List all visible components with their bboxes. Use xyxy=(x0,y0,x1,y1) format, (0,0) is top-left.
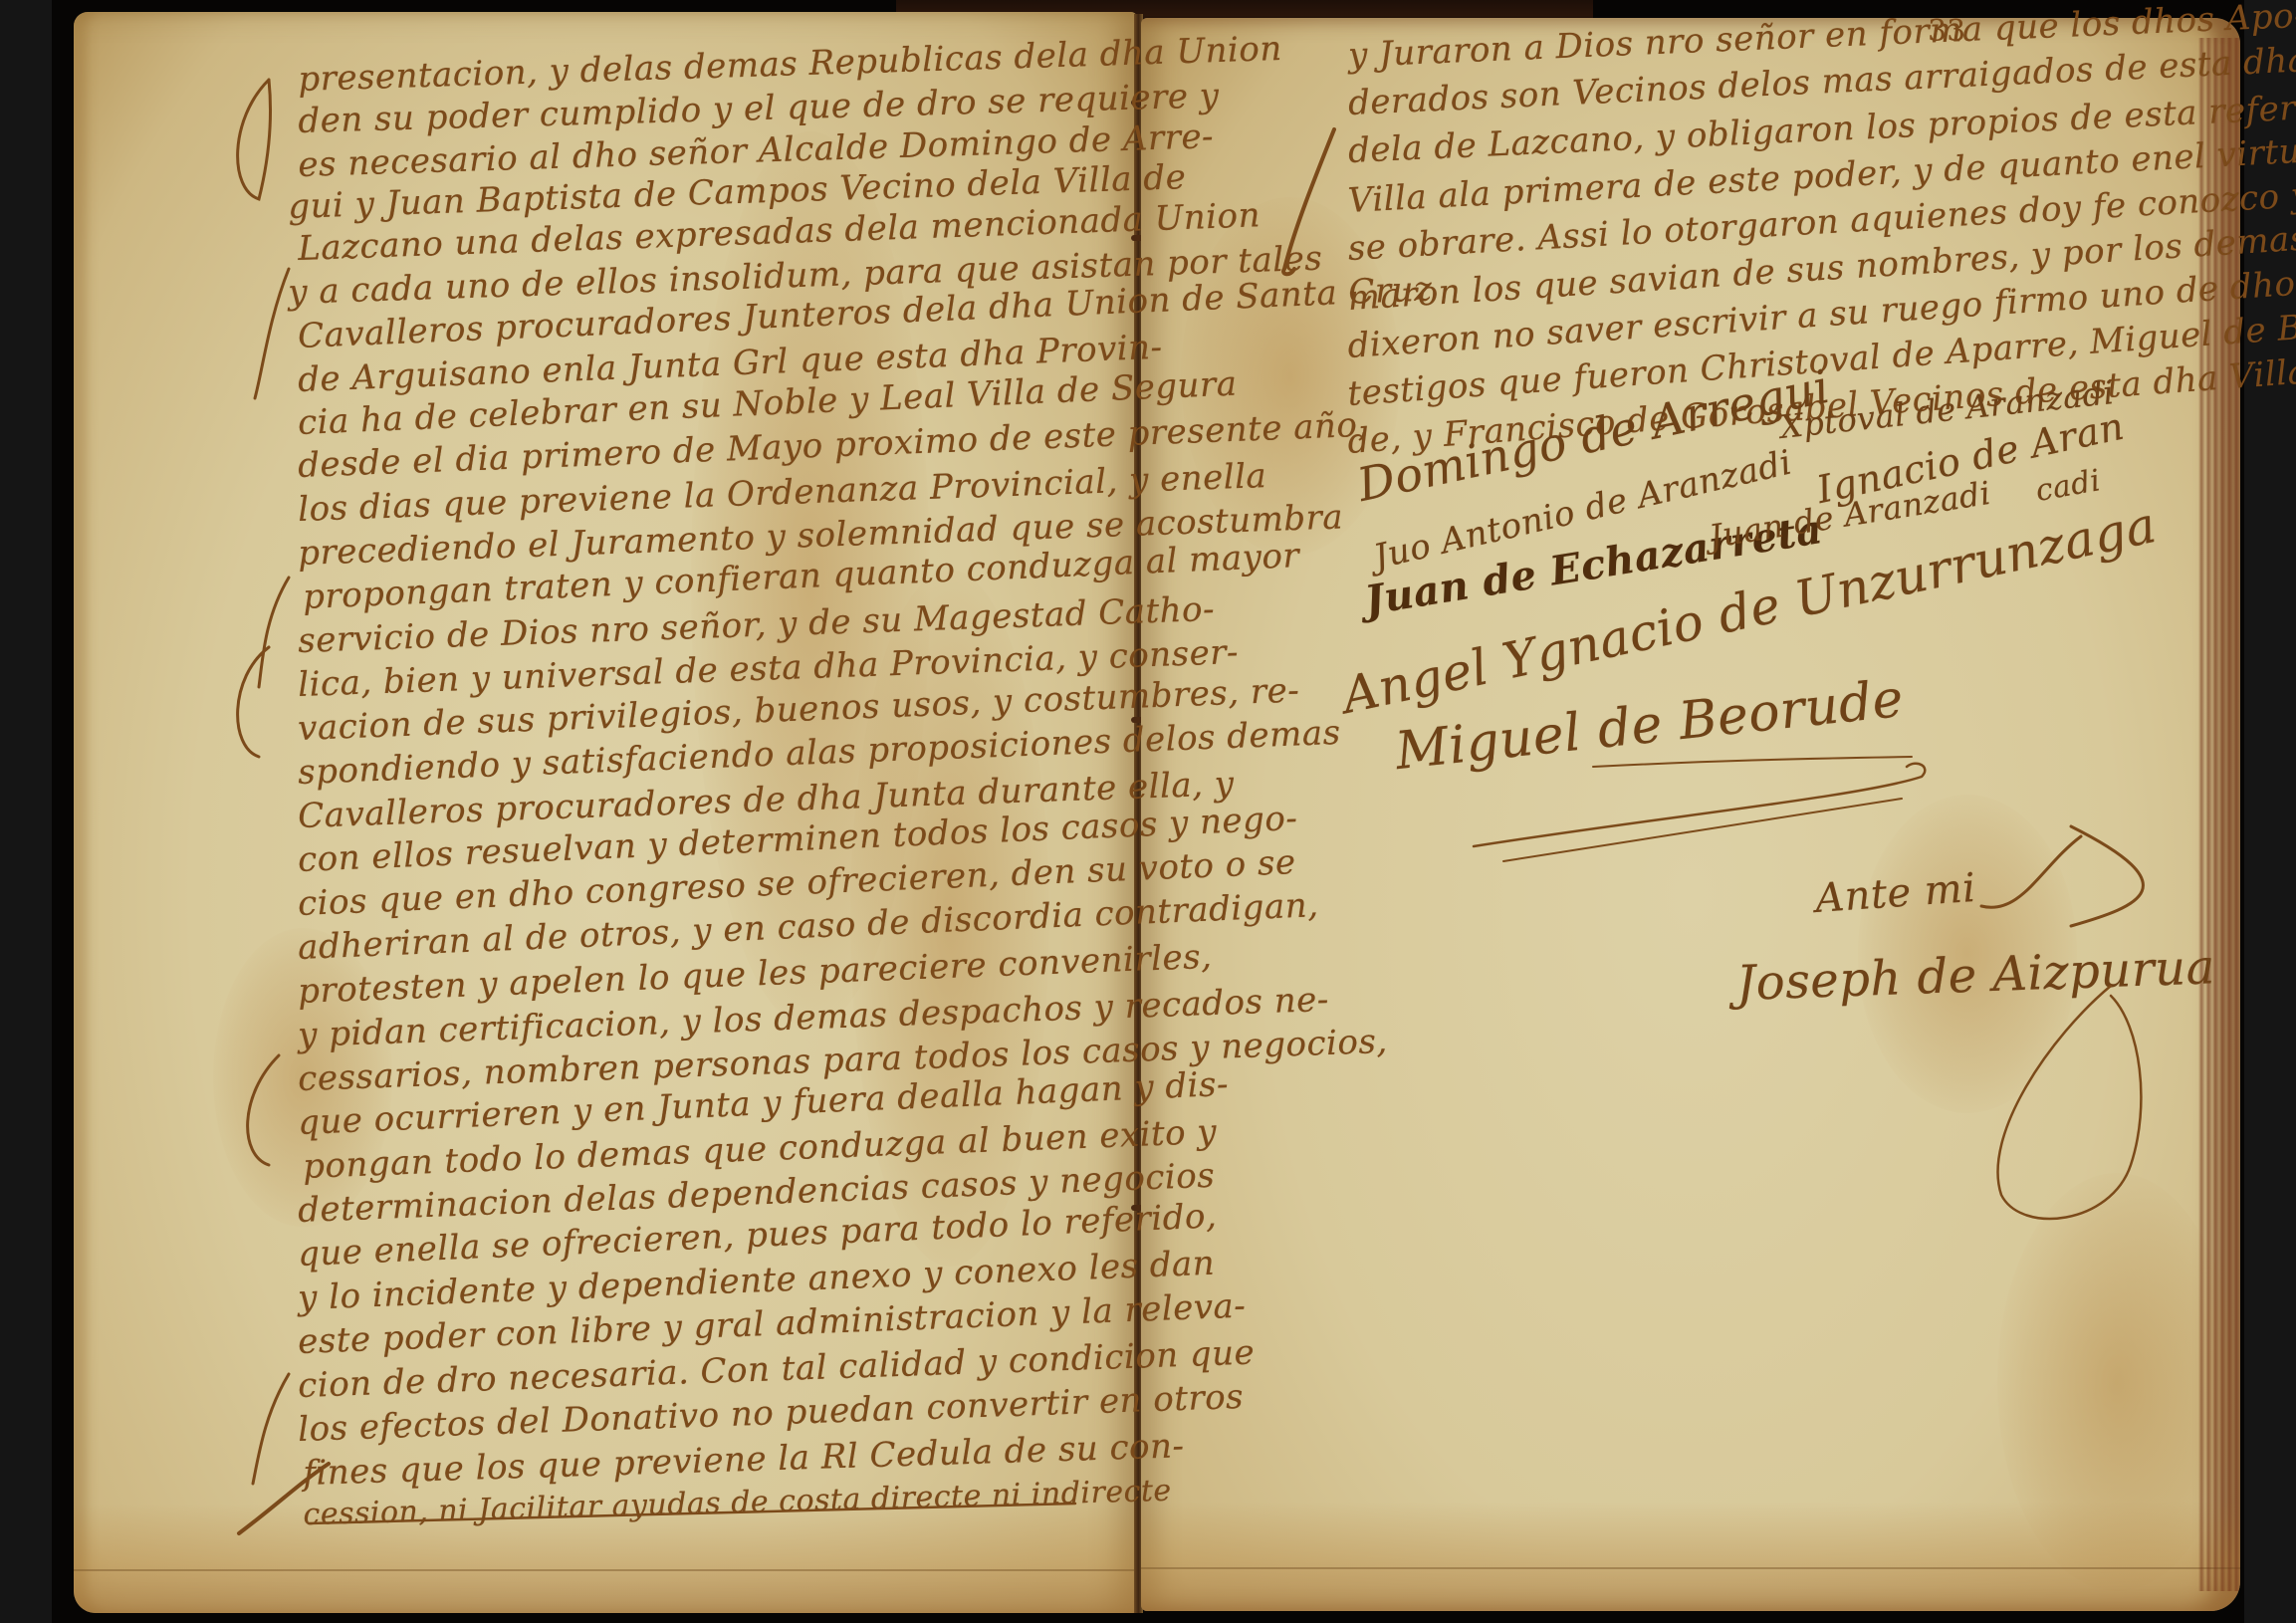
margin-flourishes xyxy=(229,60,309,1593)
page-fold-line xyxy=(1141,1567,2240,1569)
bottom-damage-stain xyxy=(1141,1502,2240,1611)
notary-rubric xyxy=(1942,807,2240,1255)
closing-rule xyxy=(219,1434,1115,1553)
margin-flourish xyxy=(1264,119,1354,279)
